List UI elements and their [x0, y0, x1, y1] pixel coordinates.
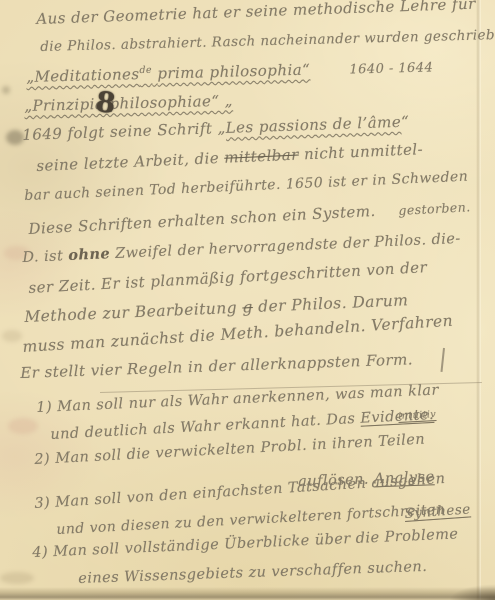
- struck-word: mittelbar: [224, 146, 299, 167]
- date-range: 1640 - 1644: [349, 60, 433, 77]
- manuscript-line-13: Er stellt vier Regeln in der allerknapps…: [20, 350, 413, 382]
- ink-smudge: [2, 86, 10, 94]
- insertion-intuitiv: intuitiv: [398, 409, 436, 422]
- line-text: Zweifel der hervorragendste der Philos. …: [110, 231, 461, 262]
- manuscript-page: Aus der Geometrie hat er seine methodisc…: [0, 0, 495, 600]
- line-text: D. ist: [22, 248, 69, 266]
- book-title-passions: Les passions de l’âme: [225, 113, 401, 137]
- manuscript-line-1: Aus der Geometrie hat er seine methodisc…: [36, 0, 476, 28]
- pen-stroke: [440, 348, 444, 372]
- title-part: „Meditationes: [26, 65, 140, 86]
- insertion-gestorben: gestorben.: [398, 199, 471, 218]
- manuscript-line-5: 1649 folgt seine Schrift „Les passions d…: [22, 112, 410, 144]
- manuscript-line-8: Diese Schriften erhalten schon ein Syste…: [28, 202, 376, 238]
- inserted-word-de: de: [139, 65, 152, 76]
- page-corner-shadow: [449, 584, 495, 600]
- manuscript-line-6: seine letzte Arbeit, die mittelbar nicht…: [36, 140, 423, 175]
- book-title-meditationes: „Meditationesde prima philosophia“: [26, 61, 310, 86]
- ink-blot: 8: [94, 85, 117, 120]
- bleedthrough-stain: [0, 572, 34, 584]
- page-bottom-edge: [0, 587, 495, 600]
- line-text: der Philos. Darum: [252, 291, 408, 316]
- book-title-principia: „Prinzipia philosophiae“ „: [24, 92, 233, 115]
- underlined-term-synthese: Synthese: [404, 501, 471, 522]
- overwritten-word: ohne: [68, 245, 110, 264]
- line-text: nicht unmittel-: [298, 140, 423, 163]
- bleedthrough-stain: [2, 330, 22, 342]
- bleedthrough-stain: [8, 418, 38, 434]
- line-text: 1649 folgt seine Schrift „: [22, 119, 226, 144]
- rule-4-line-2: eines Wissensgebiets zu verschaffen such…: [78, 559, 428, 587]
- manuscript-line-3: „Meditationesde prima philosophia“ 1640 …: [26, 57, 433, 86]
- title-part: prima philosophia“: [157, 61, 310, 83]
- paper-crease: [476, 0, 481, 600]
- manuscript-line-2: die Philos. abstrahiert. Rasch nacheinan…: [40, 27, 495, 55]
- line-text: seine letzte Arbeit, die: [36, 149, 225, 175]
- manuscript-line-7: bar auch seinen Tod herbeiführte. 1650 i…: [24, 169, 468, 204]
- line-text: Methode zur Bearbeitung: [24, 298, 243, 326]
- struck-letter: g: [242, 298, 253, 316]
- closing-quote: “: [401, 112, 410, 130]
- manuscript-line-10: ser Zeit. Er ist planmäßig fortgeschritt…: [28, 258, 428, 297]
